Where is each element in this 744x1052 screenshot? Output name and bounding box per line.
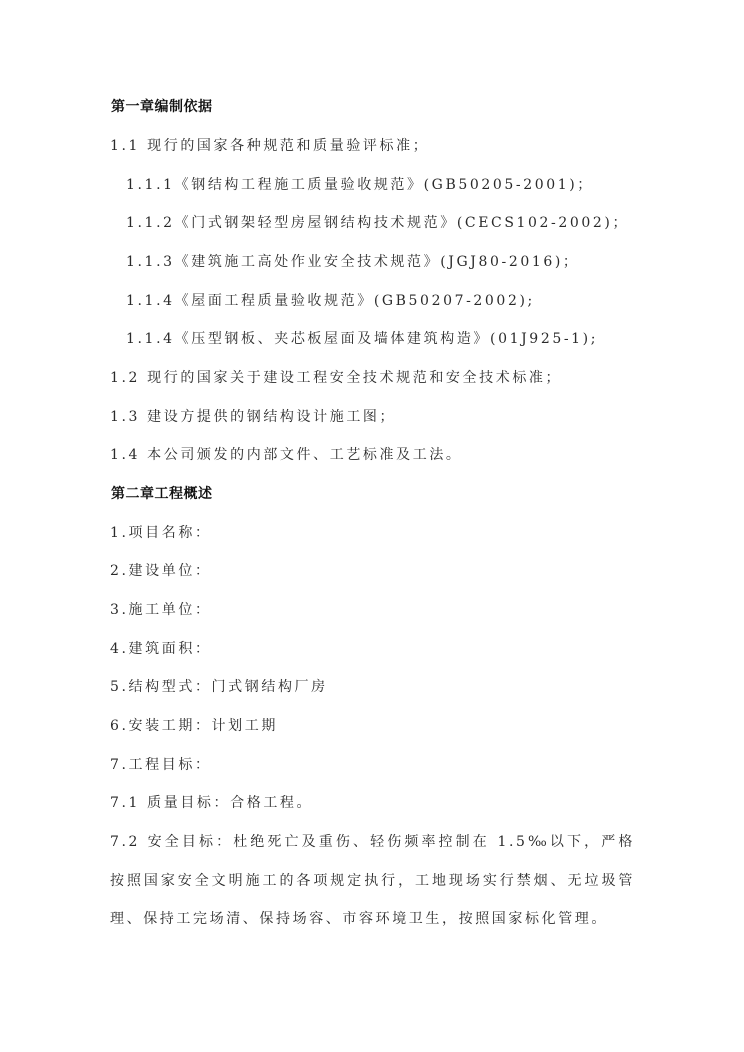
clause-1-1-1: 1.1.1《钢结构工程施工质量验收规范》(GB50205-2001)；	[126, 176, 594, 194]
clause-1-3: 1.3 建设方提供的钢结构设计施工图；	[110, 408, 396, 426]
clause-1-4: 1.4 本公司颁发的内部文件、工艺标准及工法。	[110, 446, 463, 464]
client-unit: 2.建设单位：	[110, 562, 212, 580]
construction-unit: 3.施工单位：	[110, 601, 212, 619]
quality-goal: 7.1 质量目标：合格工程。	[110, 794, 313, 812]
clause-1-1-3: 1.1.3《建筑施工高处作业安全技术规范》(JGJ80-2016)；	[126, 253, 580, 271]
install-period: 6.安装工期：计划工期	[110, 717, 278, 735]
clause-1-1: 1.1 现行的国家各种规范和质量验评标准；	[110, 137, 429, 155]
project-name: 1.项目名称：	[110, 524, 212, 542]
document-page: 第一章编制依据 1.1 现行的国家各种规范和质量验评标准； 1.1.1《钢结构工…	[0, 0, 744, 1052]
safety-goal-paragraph: 7.2 安全目标：杜绝死亡及重伤、轻伤频率控制在 1.5‰以下，严格按照国家安全…	[110, 823, 635, 939]
building-area: 4.建筑面积：	[110, 640, 212, 658]
project-goals: 7.工程目标：	[110, 756, 212, 774]
chapter-2-heading: 第二章工程概述	[111, 485, 213, 503]
clause-1-2: 1.2 现行的国家关于建设工程安全技术规范和安全技术标准；	[110, 369, 562, 387]
structure-type: 5.结构型式：门式钢结构厂房	[110, 678, 328, 696]
clause-1-1-4b: 1.1.4《压型钢板、夹芯板屋面及墙体建筑构造》(01J925-1);	[126, 330, 598, 348]
clause-1-1-4a: 1.1.4《屋面工程质量验收规范》(GB50207-2002);	[126, 292, 535, 310]
clause-1-1-2: 1.1.2《门式钢架轻型房屋钢结构技术规范》(CECS102-2002)；	[126, 214, 629, 232]
chapter-1-heading: 第一章编制依据	[111, 98, 213, 116]
